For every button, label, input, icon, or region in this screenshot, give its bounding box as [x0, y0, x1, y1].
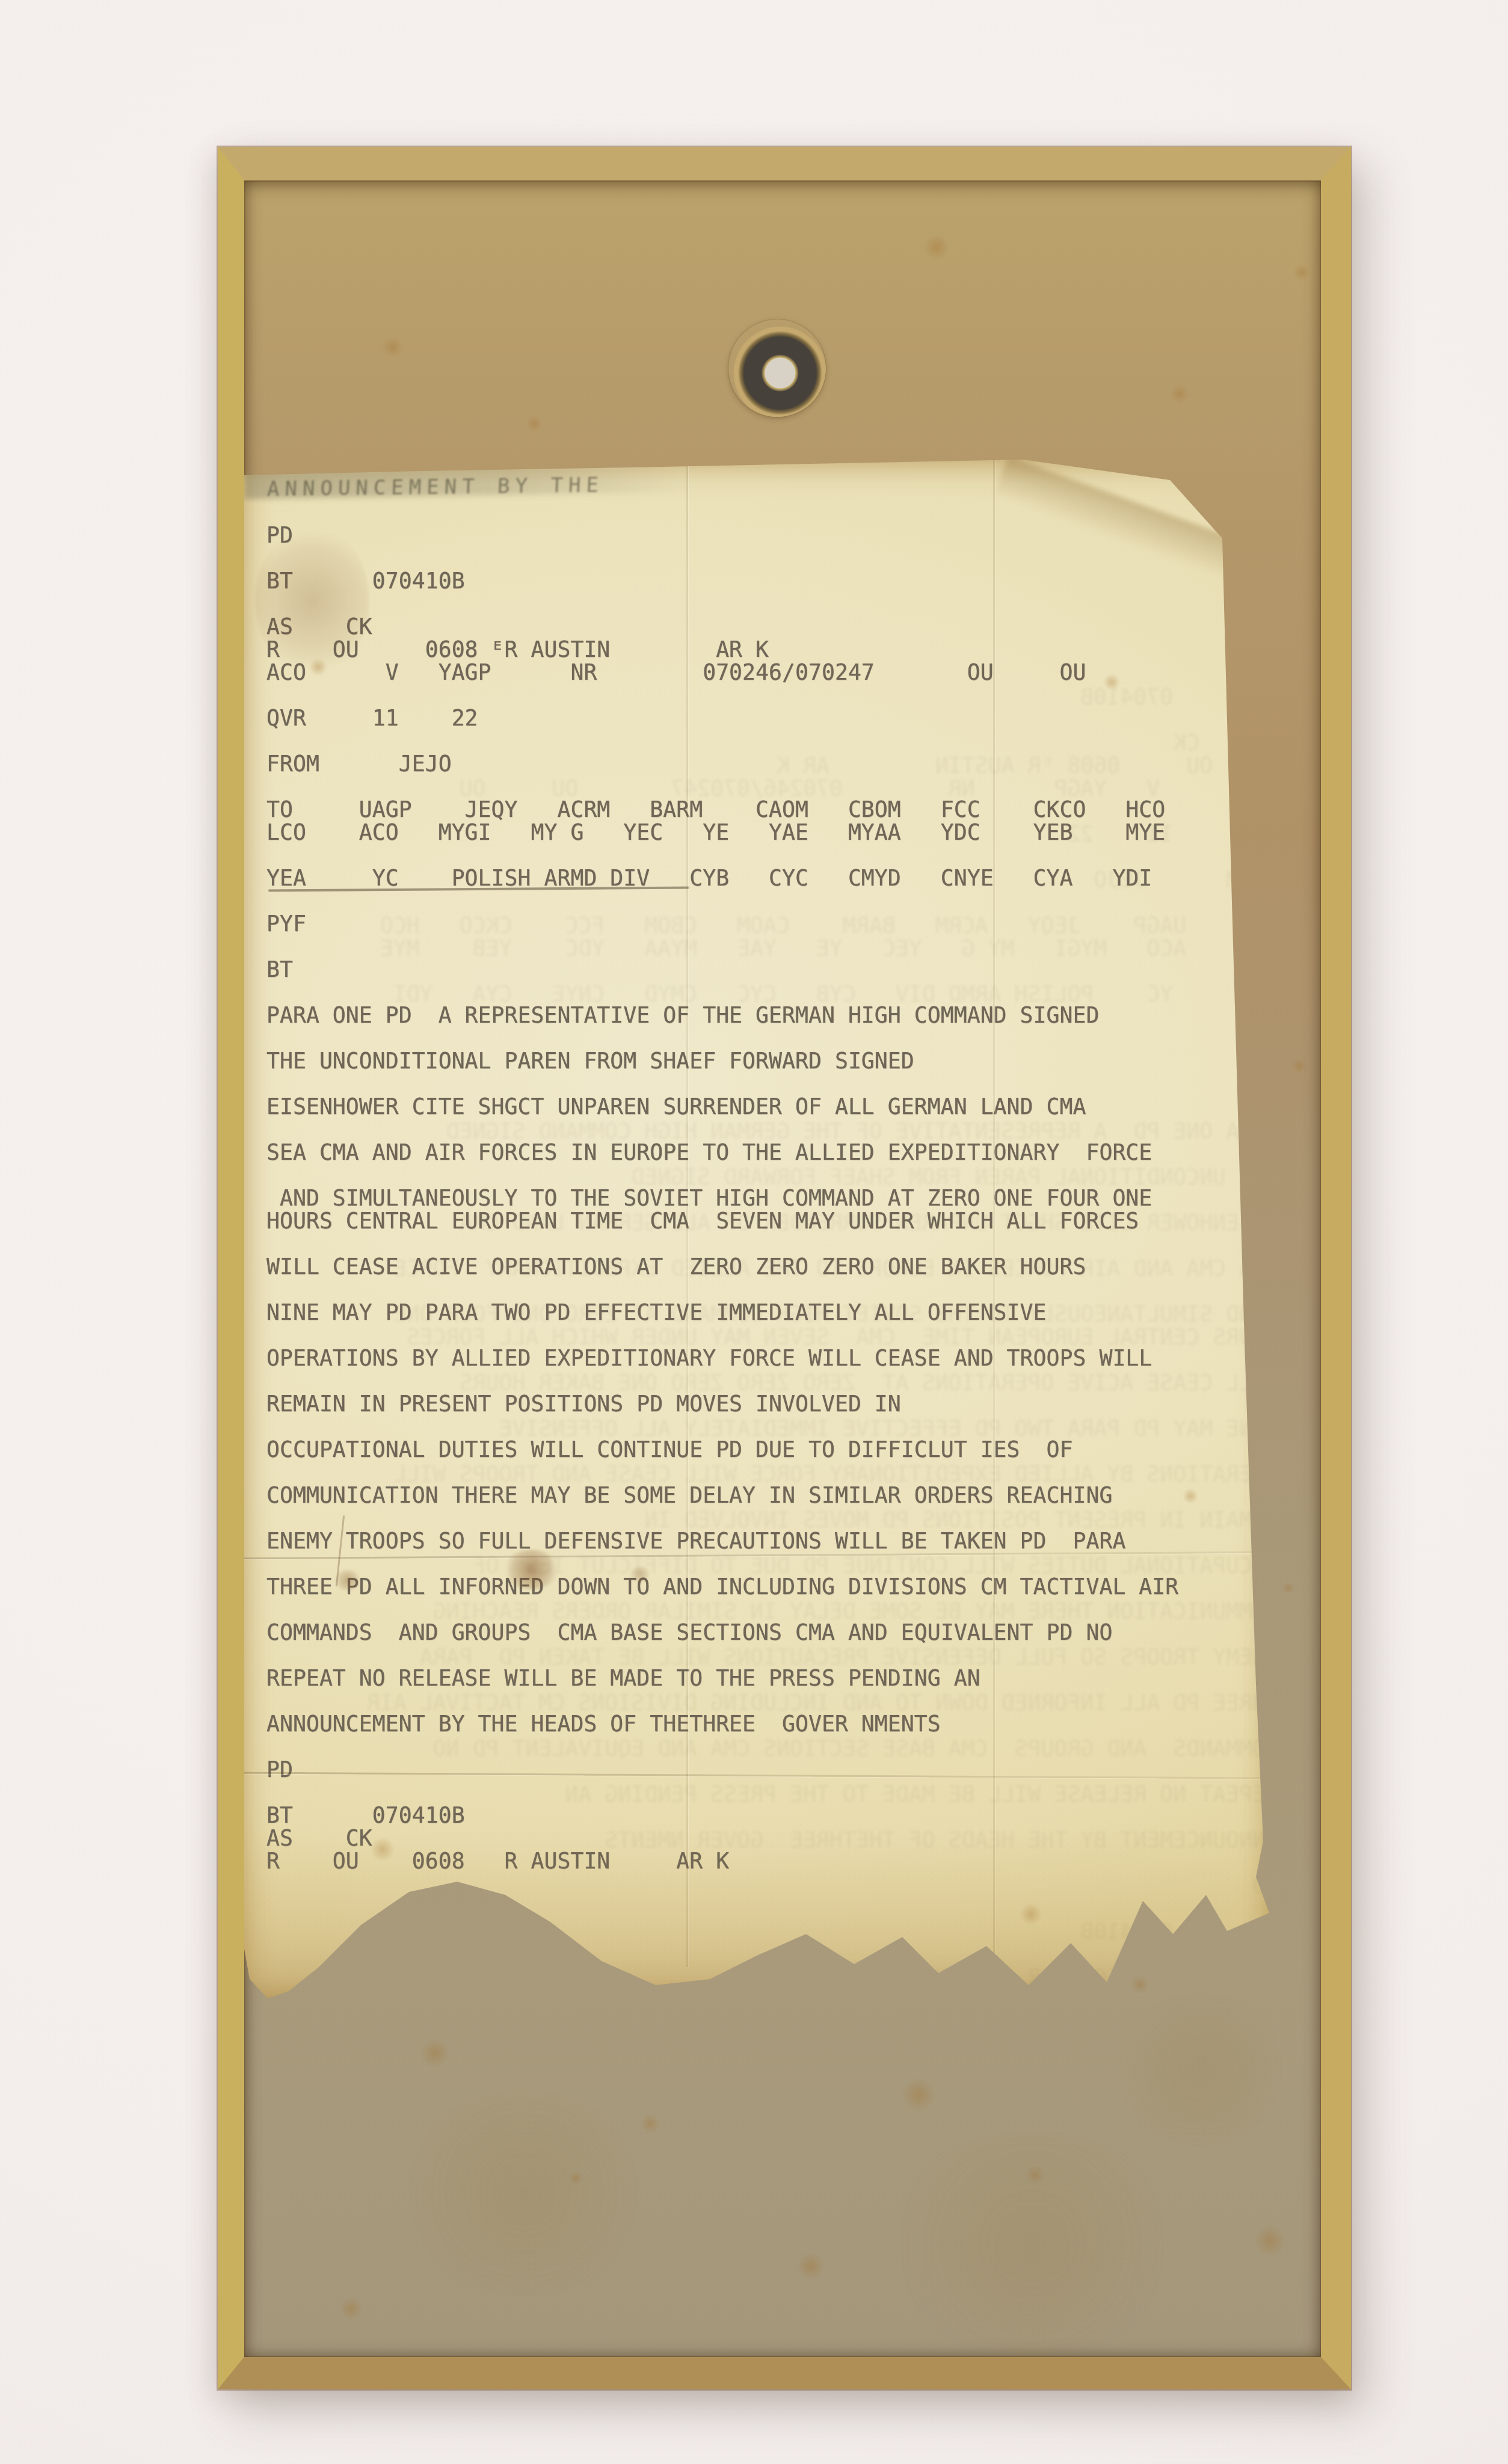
foxing-spot — [1020, 1903, 1042, 1925]
photo-backdrop: PD BT 070410B AS CKR OU 0608 ᴱR AUSTIN A… — [0, 0, 1508, 2464]
ghost-line: BT 070410B — [226, 1920, 1279, 1943]
crease-line — [686, 463, 688, 1967]
telegram-text: PD BT 070410B AS CKR OU 0608 ᴱR AUSTIN A… — [266, 524, 1265, 1873]
ghost-line: PD — [226, 1874, 1279, 1897]
telegram-line: SEA CMA AND AIR FORCES IN EUROPE TO THE … — [266, 1141, 1265, 1164]
telegram-line: NINE MAY PD PARA TWO PD EFFECTIVE IMMEDI… — [266, 1301, 1265, 1324]
mat-stain — [876, 2136, 1189, 2352]
telegram-line: THE UNCONDITIONAL PAREN FROM SHAEF FORWA… — [266, 1050, 1265, 1073]
crease-line — [993, 460, 995, 1988]
foxing-spot — [1183, 1488, 1198, 1504]
telegram-line — [266, 1073, 1265, 1095]
foxing-spot — [1282, 1582, 1294, 1594]
ghost-line: R OU 0608 R AUSTIN AR K — [226, 1966, 1279, 1989]
telegram-line — [266, 1415, 1265, 1438]
telegram-line — [266, 1461, 1265, 1484]
foxing-spot — [798, 2253, 824, 2279]
telegram-line — [266, 1164, 1265, 1187]
telegram-line: PD — [266, 524, 1265, 547]
telegram-line: FROM JEJO — [266, 753, 1265, 775]
foxing-spot — [1292, 1059, 1306, 1073]
foxing-spot — [527, 416, 541, 431]
telegram-line: BT 070410B — [266, 570, 1265, 593]
ghost-line: AS CK — [226, 1943, 1279, 1966]
telegram-line: OCCUPATIONAL DUTIES WILL CONTINUE PD DUE… — [266, 1438, 1265, 1461]
tear-stain — [629, 1566, 651, 1582]
telegram-line: R OU 0608 ᴱR AUSTIN AR K — [266, 638, 1265, 661]
telegram-line: AS CK — [266, 1827, 1265, 1850]
telegram-line — [266, 1690, 1265, 1713]
foxing-spot — [1294, 265, 1309, 280]
telegram-line — [266, 935, 1265, 958]
foxing-spot — [1171, 385, 1189, 403]
telegram-line — [266, 1027, 1265, 1050]
telegram-line: OPERATIONS BY ALLIED EXPEDITIONARY FORCE… — [266, 1347, 1265, 1370]
picture-frame: PD BT 070410B AS CKR OU 0608 ᴱR AUSTIN A… — [218, 147, 1351, 2389]
telegram-line — [266, 1324, 1265, 1347]
telegram-line: YEA YC POLISH ARMD DIV CYB CYC CMYD CNYE… — [266, 867, 1265, 890]
foxing-spot — [1103, 674, 1120, 691]
telegram-line — [266, 890, 1265, 913]
telegram-line — [266, 775, 1265, 798]
telegram-line: ENEMY TROOPS SO FULL DEFENSIVE PRECAUTIO… — [266, 1530, 1265, 1553]
telegram-line: AND SIMULTANEOUSLY TO THE SOVIET HIGH CO… — [266, 1187, 1265, 1210]
telegram-line — [266, 1598, 1265, 1621]
telegram-line: BT 070410B — [266, 1804, 1265, 1827]
hanging-hole-grommet — [728, 319, 826, 417]
telegram-line: PYF — [266, 913, 1265, 935]
foxing-spot — [383, 337, 403, 357]
telegram-line: WILL CEASE ACIVE OPERATIONS AT ZERO ZERO… — [266, 1255, 1265, 1278]
foxing-spot — [641, 2114, 659, 2133]
telegram-line — [266, 730, 1265, 753]
telegram-line: THREE PD ALL INFORNED DOWN TO AND INCLUD… — [266, 1575, 1265, 1598]
telegram-line — [266, 1118, 1265, 1141]
telegram-line — [266, 1507, 1265, 1530]
mat-board: PD BT 070410B AS CKR OU 0608 ᴱR AUSTIN A… — [244, 180, 1321, 2357]
telegram-line: AS CK — [266, 615, 1265, 638]
foxing-spot — [1255, 2226, 1285, 2256]
foxing-spot — [340, 2298, 362, 2320]
telegram-line: R OU 0608 R AUSTIN AR K — [266, 1850, 1265, 1873]
telegram-line — [266, 1278, 1265, 1301]
telegram-line: COMMANDS AND GROUPS CMA BASE SECTIONS CM… — [266, 1621, 1265, 1644]
telegram-line: ANNOUNCEMENT BY THE HEADS OF THETHREE GO… — [266, 1713, 1265, 1736]
telegram-paper: PD BT 070410B AS CKR OU 0608 ᴱR AUSTIN A… — [244, 460, 1269, 1998]
foxing-spot — [1131, 1976, 1148, 1993]
paper-header-stamp: ANNOUNCEMENT BY THE — [266, 473, 605, 502]
corner-stain — [255, 526, 369, 676]
telegram-line — [266, 1781, 1265, 1804]
telegram-line: LCO ACO MYGI MY G YEC YE YAE MYAA YDC YE… — [266, 821, 1265, 844]
telegram-line: COMMUNICATION THERE MAY BE SOME DELAY IN… — [266, 1484, 1265, 1507]
telegram-line: PARA ONE PD A REPRESENTATIVE OF THE GERM… — [266, 1004, 1265, 1027]
telegram-line — [266, 593, 1265, 615]
telegram-line — [266, 981, 1265, 1004]
telegram-line: TO UAGP JEQY ACRM BARM CAOM CBOM FCC CKC… — [266, 798, 1265, 821]
mat-stain — [1110, 1997, 1291, 2142]
telegram-line: REPEAT NO RELEASE WILL BE MADE TO THE PR… — [266, 1667, 1265, 1690]
telegram-line: BT — [266, 958, 1265, 981]
foxing-spot — [924, 235, 949, 260]
telegram-line — [266, 1233, 1265, 1255]
mat-stain — [395, 2093, 653, 2292]
foxing-spot — [309, 658, 327, 676]
telegram-line — [266, 844, 1265, 867]
telegram-line: REMAIN IN PRESENT POSITIONS PD MOVES INV… — [266, 1393, 1265, 1415]
telegram-line: QVR 11 22 — [266, 707, 1265, 730]
telegram-line — [266, 1370, 1265, 1393]
foxing-spot — [371, 1837, 395, 1861]
telegram-line — [266, 547, 1265, 570]
foxing-spot — [421, 2039, 449, 2067]
telegram-line: EISENHOWER CITE SHGCT UNPAREN SURRENDER … — [266, 1095, 1265, 1118]
telegram-line — [266, 1736, 1265, 1758]
tear-stain — [503, 1550, 560, 1589]
telegram-line — [266, 1644, 1265, 1667]
foxing-spot — [902, 2078, 935, 2111]
ghost-line — [226, 1897, 1279, 1920]
telegram-line: HOURS CENTRAL EUROPEAN TIME CMA SEVEN MA… — [266, 1210, 1265, 1233]
